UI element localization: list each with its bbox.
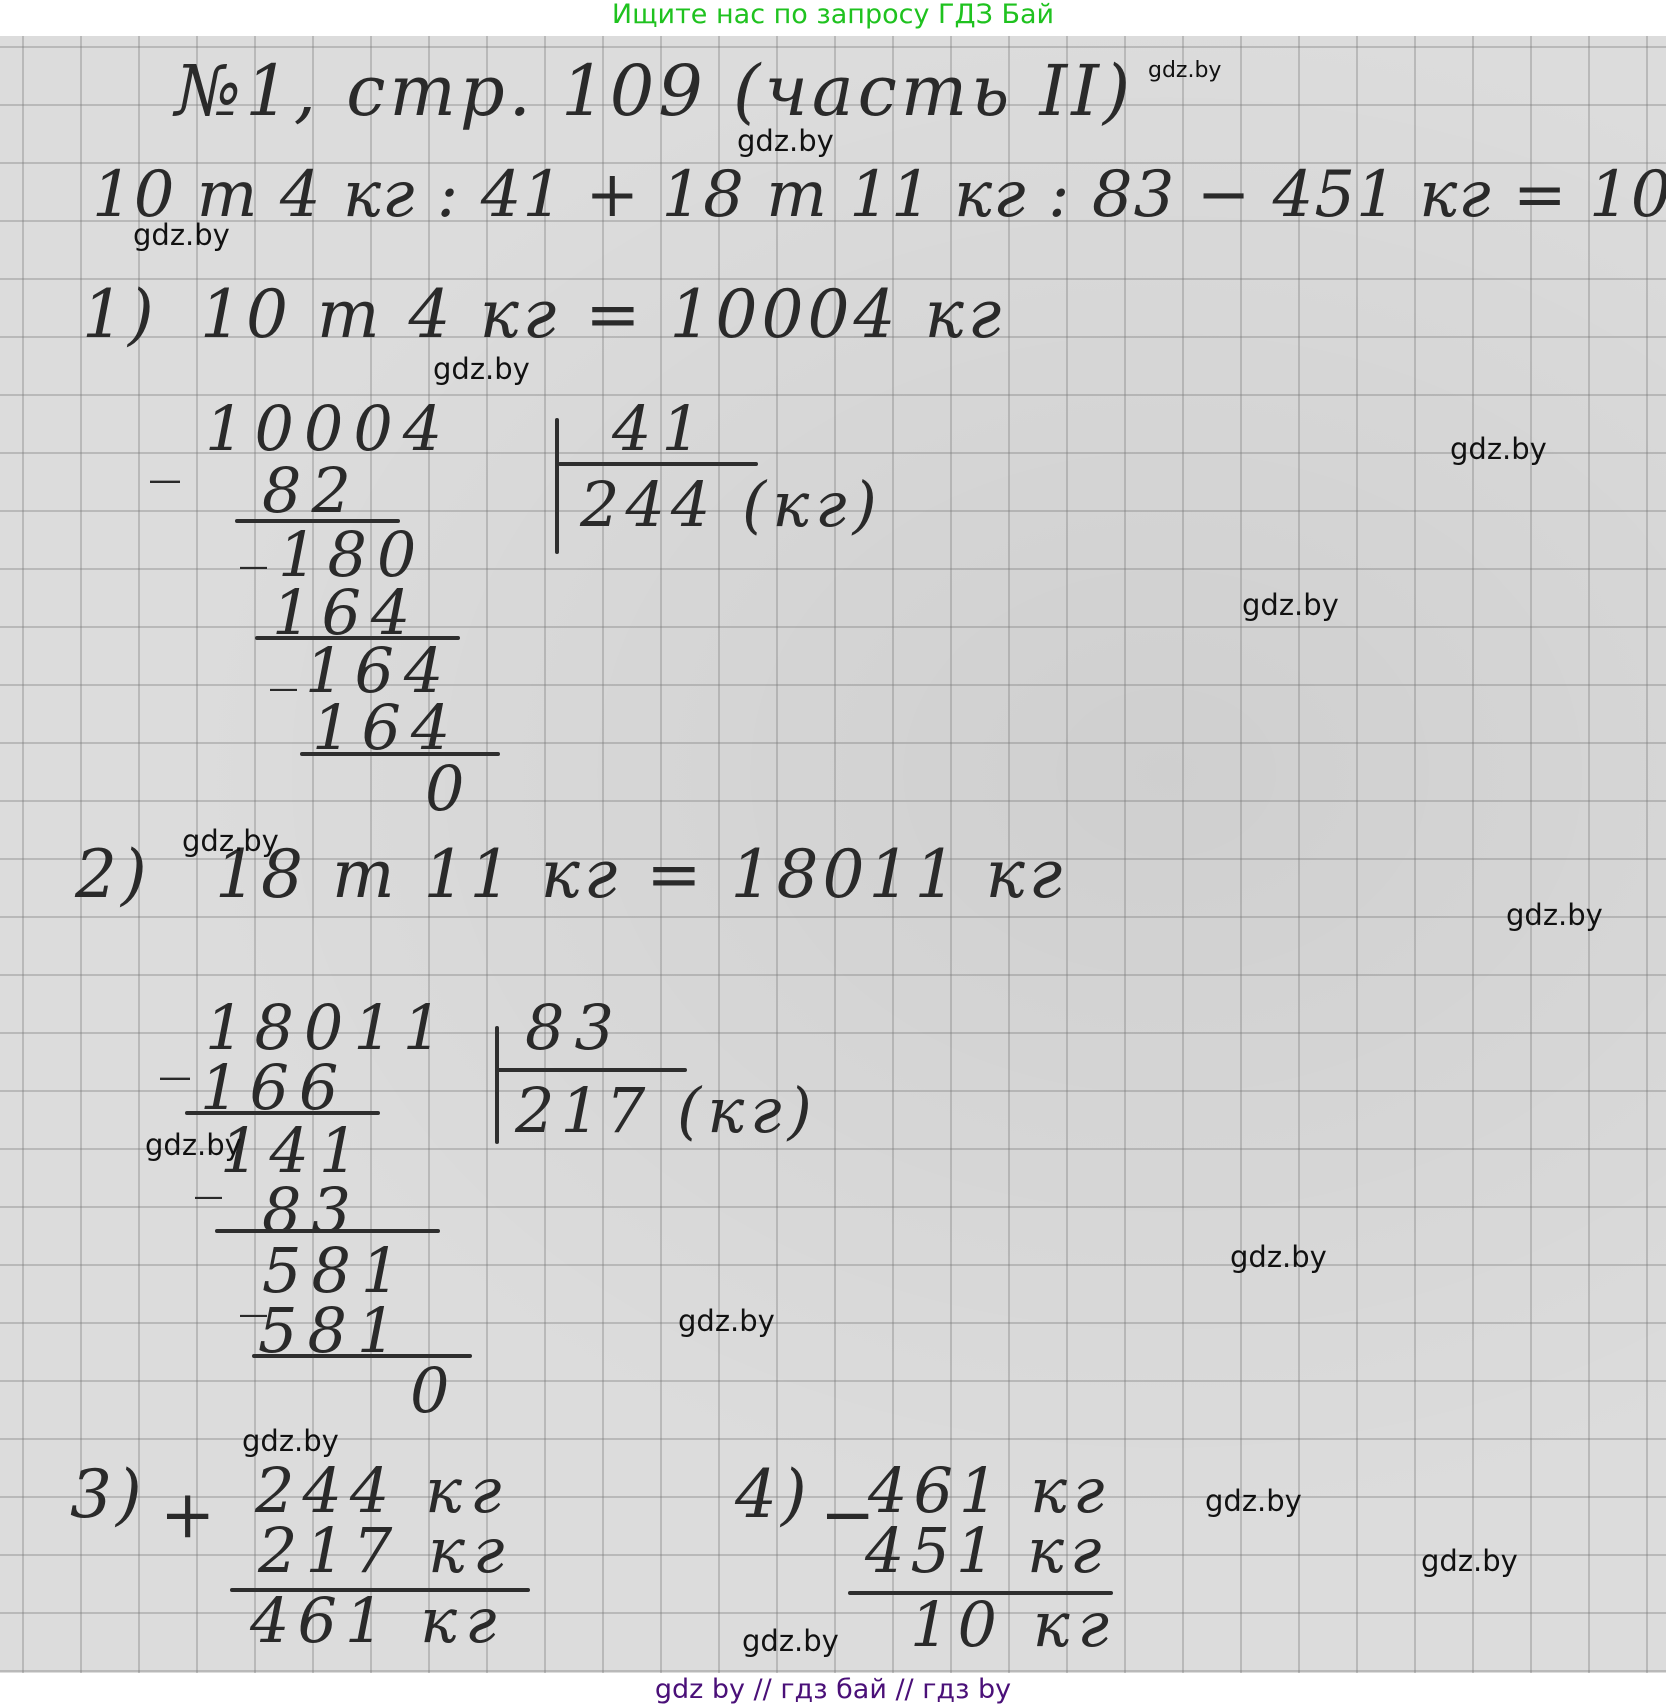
watermark: gdz.by bbox=[1205, 1484, 1302, 1518]
watermark: gdz.by bbox=[678, 1304, 775, 1338]
step1-remainder: 0 bbox=[425, 752, 474, 825]
watermark: gdz.by bbox=[1450, 432, 1547, 466]
step2-conversion: 18 т 11 кг = 18011 кг bbox=[215, 836, 1066, 913]
step2-remainder: 0 bbox=[410, 1354, 459, 1427]
step3-label: 3) bbox=[70, 1456, 146, 1533]
division-bracket bbox=[495, 1026, 499, 1144]
exercise-title: №1, стр. 109 (часть II) bbox=[175, 50, 1134, 132]
watermark: gdz.by bbox=[1421, 1544, 1518, 1578]
step1-divisor: 41 bbox=[612, 392, 711, 465]
watermark: gdz.by bbox=[737, 124, 834, 158]
step2-label: 2) bbox=[75, 836, 151, 913]
minus-sign: _ bbox=[270, 628, 299, 691]
search-banner: Ищите нас по запросу ГДЗ Бай bbox=[0, 0, 1666, 36]
step2-quotient: 217 (кг) bbox=[515, 1074, 818, 1147]
notebook-page: №1, стр. 109 (часть II) 10 т 4 кг : 41 +… bbox=[0, 36, 1666, 1673]
watermark: gdz.by bbox=[182, 824, 279, 858]
minus-sign: _ bbox=[150, 414, 182, 484]
step1-quotient: 244 (кг) bbox=[580, 468, 883, 541]
step4-result: 10 кг bbox=[910, 1588, 1117, 1661]
step1-row: 82 bbox=[262, 454, 361, 527]
watermark: gdz.by bbox=[742, 1624, 839, 1658]
watermark: gdz.by bbox=[242, 1424, 339, 1458]
watermark: gdz.by bbox=[145, 1128, 242, 1162]
step3-operator: + bbox=[160, 1476, 219, 1553]
watermark: gdz.by bbox=[433, 352, 530, 386]
step1-label: 1) bbox=[82, 276, 158, 353]
minus-sign: _ bbox=[160, 1011, 192, 1081]
footer-links[interactable]: gdz by // гдз бай // гдз by bbox=[0, 1673, 1666, 1708]
division-bar bbox=[497, 1068, 687, 1072]
step2-divisor: 83 bbox=[525, 991, 624, 1064]
underline bbox=[215, 1229, 440, 1233]
footer-text[interactable]: gdz by // гдз бай // гдз by bbox=[655, 1674, 1011, 1705]
step3-result: 461 кг bbox=[250, 1584, 504, 1657]
minus-sign: _ bbox=[240, 506, 269, 569]
exercise-expression: 10 т 4 кг : 41 + 18 т 11 кг : 83 − 451 к… bbox=[92, 158, 1666, 232]
banner-text: Ищите нас по запросу ГДЗ Бай bbox=[612, 0, 1054, 30]
watermark: gdz.by bbox=[1242, 588, 1339, 622]
step3-operand2: 217 кг bbox=[258, 1514, 512, 1587]
step1-conversion: 10 т 4 кг = 10004 кг bbox=[200, 276, 1005, 353]
division-bracket bbox=[555, 418, 559, 554]
watermark: gdz.by bbox=[1148, 58, 1221, 83]
watermark: gdz.by bbox=[1230, 1240, 1327, 1274]
watermark: gdz.by bbox=[1506, 898, 1603, 932]
step4-operand2: 451 кг bbox=[865, 1514, 1107, 1587]
step4-label: 4) bbox=[735, 1456, 811, 1533]
watermark: gdz.by bbox=[133, 218, 230, 252]
